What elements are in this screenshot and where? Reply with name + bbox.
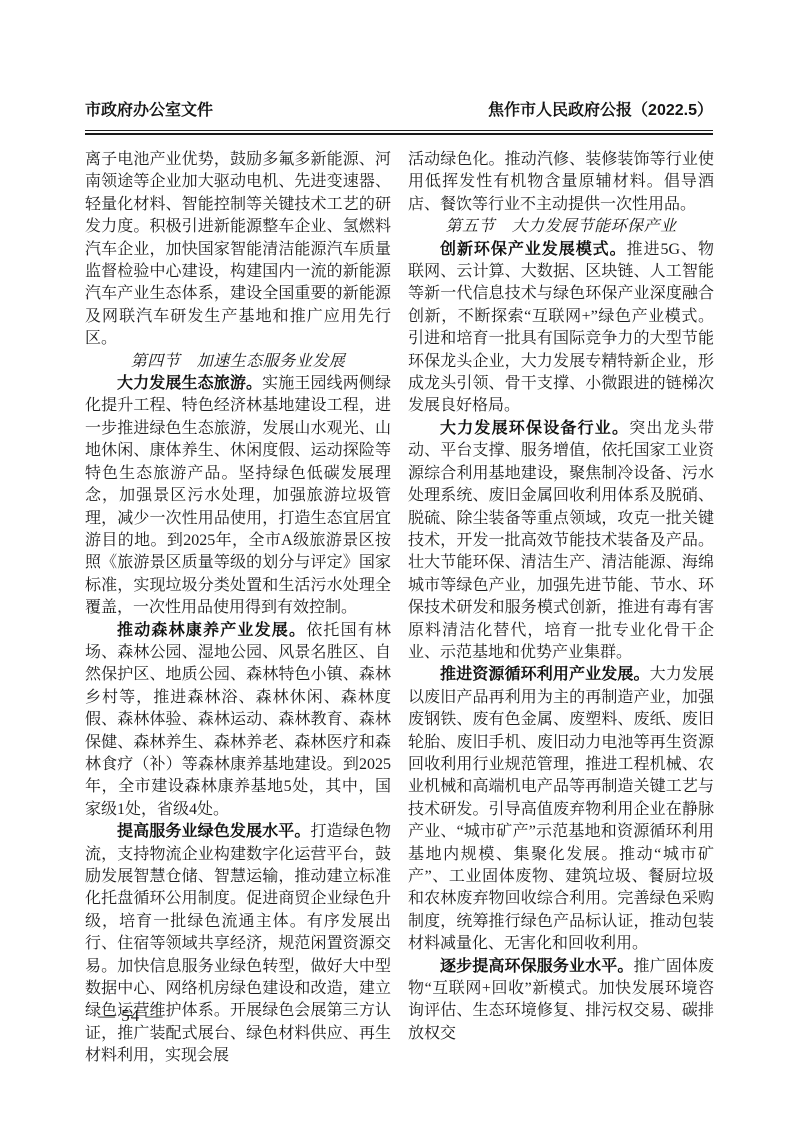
page-number: — 54 — bbox=[98, 1006, 164, 1025]
section-heading: 第五节 大力发展节能环保产业 bbox=[408, 216, 714, 238]
header-document-type: 市政府办公室文件 bbox=[85, 101, 213, 121]
paragraph: 提高服务业绿色发展水平。打造绿色物流，支持物流企业构建数字化运营平台，鼓励发展智… bbox=[85, 821, 391, 1067]
document-body: 离子电池产业优势，鼓励多氟多新能源、河南领途等企业加大驱动电机、先进变速器、轻量… bbox=[85, 149, 713, 1068]
paragraph-lead: 创新环保产业发展模式。 bbox=[440, 241, 627, 258]
paragraph: 逐步提高环保服务业水平。推广固体废物“互联网+回收”新模式。加快发展环境咨询评估… bbox=[408, 956, 714, 1046]
paragraph: 推进资源循环利用产业发展。大力发展以废旧产品再利用为主的再制造产业，加强废钢铁、… bbox=[408, 664, 714, 955]
paragraph: 大力发展环保设备行业。突出龙头带动、平台支撑、服务增值，依托国家工业资源综合利用… bbox=[408, 418, 714, 664]
paragraph: 活动绿色化。推动汽修、装修装饰等行业使用低挥发性有机物含量原辅材料。倡导酒店、餐… bbox=[408, 149, 714, 216]
header-gazette-title: 焦作市人民政府公报（2022.5） bbox=[488, 101, 713, 121]
paragraph-lead: 大力发展环保设备行业。 bbox=[440, 420, 629, 437]
header-rule bbox=[85, 130, 713, 135]
paragraph: 创新环保产业发展模式。推进5G、物联网、云计算、大数据、区块链、人工智能等新一代… bbox=[408, 239, 714, 418]
paragraph-lead: 逐步提高环保服务业水平。 bbox=[440, 958, 633, 975]
paragraph: 推动森林康养产业发展。依托国有林场、森林公园、湿地公园、风景名胜区、自然保护区、… bbox=[85, 620, 391, 822]
column-left: 离子电池产业优势，鼓励多氟多新能源、河南领途等企业加大驱动电机、先进变速器、轻量… bbox=[85, 149, 391, 1068]
gazette-page: 市政府办公室文件 焦作市人民政府公报（2022.5） 离子电池产业优势，鼓励多氟… bbox=[0, 0, 793, 1122]
paragraph-lead: 提高服务业绿色发展水平。 bbox=[117, 823, 310, 840]
paragraph: 离子电池产业优势，鼓励多氟多新能源、河南领途等企业加大驱动电机、先进变速器、轻量… bbox=[85, 149, 391, 351]
section-heading: 第四节 加速生态服务业发展 bbox=[85, 351, 391, 373]
column-right: 活动绿色化。推动汽修、装修装饰等行业使用低挥发性有机物含量原辅材料。倡导酒店、餐… bbox=[408, 149, 714, 1068]
paragraph-lead: 推进资源循环利用产业发展。 bbox=[440, 666, 650, 683]
paragraph-lead: 推动森林康养产业发展。 bbox=[117, 622, 306, 639]
page-header: 市政府办公室文件 焦作市人民政府公报（2022.5） bbox=[85, 101, 713, 121]
paragraph: 大力发展生态旅游。实施王园线两侧绿化提升工程、特色经济林基地建设工程，进一步推进… bbox=[85, 373, 391, 619]
page-footer: — 54 — bbox=[98, 1006, 164, 1026]
paragraph-lead: 大力发展生态旅游。 bbox=[117, 375, 262, 392]
